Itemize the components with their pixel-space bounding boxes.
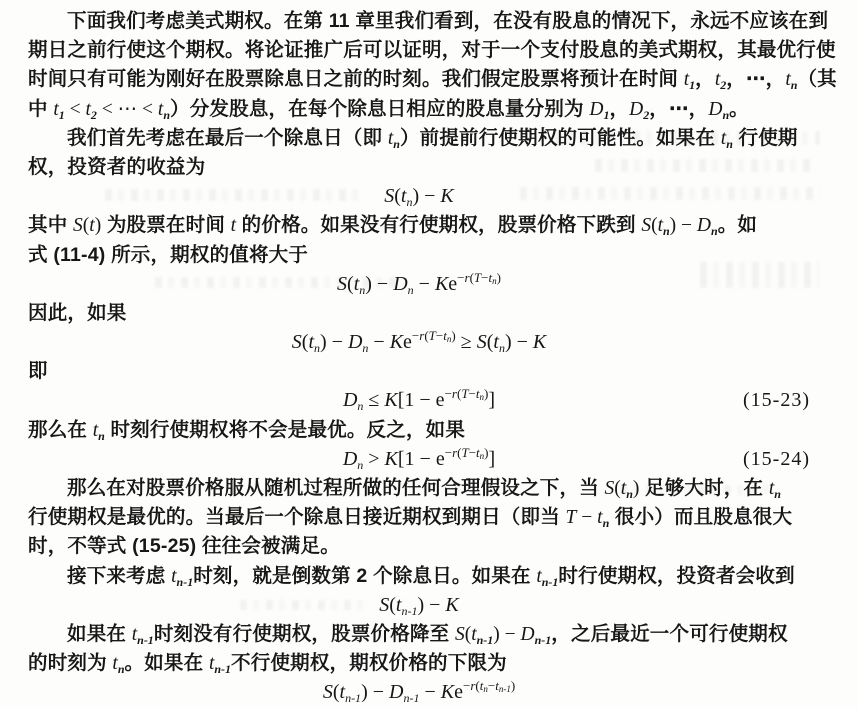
math-operator: ( [333, 681, 340, 703]
text-line: 即 [0, 357, 858, 386]
math-operator: > [363, 448, 384, 470]
math-operator: ) − [505, 331, 533, 353]
text-run: 时刻，就是倒数第 2 个除息日。如果在 [193, 565, 536, 587]
formula-line: S(tn-1) − K [0, 591, 848, 620]
text-run: （其 [797, 68, 836, 90]
math-variable: D [389, 681, 403, 703]
text-run: ，⋯， [726, 68, 785, 90]
math-variable: S [455, 624, 465, 645]
math-variable: K [440, 185, 453, 207]
text-run: ，之后最近一个可行使期权 [551, 623, 787, 645]
math-subscript: n-1 [345, 691, 361, 705]
math-subscript: n-1 [137, 633, 154, 647]
math-variable: S [337, 273, 347, 295]
text-run: 其中 [28, 214, 73, 236]
math-operator: [1 − e [398, 389, 445, 411]
math-operator: − [469, 445, 476, 460]
text-line: 下面我们考虑美式期权。在第 11 章里我们看到，在没有股息的情况下，永远不应该在… [0, 7, 858, 36]
math-variable: K [390, 331, 403, 353]
text-line: 我们首先考虑在最后一个除息日（即 tn）前提前行使期权的可能性。如果在 tn 行… [0, 124, 858, 153]
math-subscript: n-1 [499, 684, 511, 694]
text-line: 如果在 tn-1时刻没有行使期权，股票价格降至 S(tn-1) − Dn-1，之… [0, 620, 858, 649]
math-operator: − [419, 681, 440, 703]
math-variable: S [323, 681, 333, 703]
math-subscript: n [726, 137, 733, 151]
text-line: 时间只有可能为刚好在股票除息日之前的时刻。我们假定股票将预计在时间 t1，t2，… [0, 65, 858, 94]
math-operator: [1 − e [398, 448, 445, 470]
math-operator: ) − [493, 624, 520, 645]
text-run: 接下来考虑 [67, 565, 171, 587]
math-subscript: n [393, 137, 400, 151]
text-line: 权，投资者的收益为 [0, 153, 858, 182]
math-variable: D [393, 273, 407, 295]
scanned-page: 下面我们考虑美式期权。在第 11 章里我们看到，在没有股息的情况下，永远不应该在… [0, 0, 858, 709]
text-run: 时刻行使期权将不会是最优。反之，如果 [105, 419, 465, 441]
text-line: 接下来考虑 tn-1时刻，就是倒数第 2 个除息日。如果在 tn-1时行使期权，… [0, 562, 858, 591]
math-operator: ] [488, 389, 495, 411]
text-run: 式 (11-4) 所示，期权的值将大于 [28, 244, 308, 266]
formula-line: Dn > K[1 − e−r(T−tn)](15-24) [0, 445, 848, 474]
math-variable: K [385, 448, 398, 470]
text-run: 时，不等式 (15-25) 往往会被满足。 [28, 535, 340, 557]
math-variable: D [708, 99, 722, 120]
math-variable: D [629, 99, 643, 120]
math-operator: ( [389, 594, 396, 616]
equation-number: (15-23) [743, 386, 810, 415]
math-subscript: n-1 [535, 633, 552, 647]
math-variable: K [533, 331, 546, 353]
formula-line: S(tn) − Dn − Ke−r(T−tn) [0, 270, 848, 299]
math-operator: − [469, 386, 476, 401]
text-run: 下面我们考虑美式期权。在第 11 章里我们看到，在没有股息的情况下，永远不应该在… [67, 10, 828, 32]
math-exponent: −r(T−tn) [445, 386, 489, 401]
formula-line: Dn ≤ K[1 − e−r(T−tn)](15-23) [0, 386, 848, 415]
math-operator: < ⋯ < [97, 99, 158, 120]
text-run: 因此，如果 [28, 302, 127, 324]
math-variable: T [461, 386, 468, 401]
text-run: 。 [729, 98, 749, 120]
math-exponent: −r(T−tn) [445, 445, 489, 460]
math-operator: ) − [365, 273, 393, 295]
math-subscript: n-1 [214, 662, 231, 676]
math-subscript: n [663, 224, 670, 238]
math-subscript: n-1 [177, 575, 194, 589]
math-variable: S [292, 331, 302, 353]
math-variable: D [343, 389, 357, 411]
formula-line: S(tn) − K [0, 182, 848, 211]
text-run: ， [609, 98, 629, 120]
text-run: ，⋯， [649, 98, 708, 120]
math-operator: ) − [417, 594, 445, 616]
math-operator: ] [489, 448, 496, 470]
text-run: 为股票在时间 [101, 214, 230, 236]
math-operator: ) [511, 678, 515, 693]
math-variable: S [73, 215, 83, 236]
math-variable: K [435, 273, 448, 295]
text-run: 很小）而且股息很大 [609, 506, 792, 528]
math-variable: S [384, 185, 394, 207]
text-line: 中 t1 < t2 < ⋯ < tn）分发股息，在每个除息日相应的股息量分别为 … [0, 95, 858, 124]
equation-number: (15-24) [743, 445, 810, 474]
math-variable: K [384, 389, 397, 411]
math-exponent: −r(T−tn) [457, 270, 501, 285]
text-run: 时间只有可能为刚好在股票除息日之前的时刻。我们假定股票将预计在时间 [28, 68, 684, 90]
math-variable: D [343, 448, 357, 470]
math-subscript: n-1 [542, 575, 559, 589]
math-variable: T [461, 445, 468, 460]
formula-line: S(tn) − Dn − Ke−r(T−tn) ≥ S(tn) − K [0, 328, 848, 357]
math-variable: S [477, 331, 487, 353]
text-run: 。如果在 [125, 652, 209, 674]
text-run: 的价格。如果没有行使期权，股票价格下跌到 [236, 214, 641, 236]
math-operator: e [448, 273, 457, 295]
text-run: 不行使期权，期权价格的下限为 [231, 652, 507, 674]
math-subscript: n [118, 662, 125, 676]
text-run: 如果在 [67, 623, 132, 645]
text-line: 那么在对股票价格服从随机过程所做的任何合理假设之下，当 S(tn) 足够大时，在… [0, 474, 858, 503]
math-variable: K [441, 681, 454, 703]
text-run: 时行使期权，投资者会收到 [558, 565, 794, 587]
math-subscript: n-1 [477, 633, 494, 647]
math-operator: − [481, 270, 488, 285]
text-run: 行使期 [733, 127, 798, 149]
text-run: ）前提前行使期权的可能性。如果在 [400, 127, 721, 149]
math-subscript: n [626, 487, 633, 501]
text-line: 式 (11-4) 所示，期权的值将大于 [0, 241, 858, 270]
text-run: 那么在对股票价格服从随机过程所做的任何合理假设之下，当 [67, 477, 605, 499]
text-line: 那么在 tn 时刻行使期权将不会是最优。反之，如果 [0, 416, 858, 445]
math-variable: S [379, 594, 389, 616]
math-operator: ( [347, 273, 354, 295]
math-subscript: n-1 [401, 604, 417, 618]
math-variable: D [697, 215, 711, 236]
text-run: ， [695, 68, 715, 90]
text-run: 。如 [718, 214, 757, 236]
math-operator: ) [497, 270, 501, 285]
math-operator: ) − [412, 185, 440, 207]
text-line: 期日之前行使这个期权。将论证推广后可以证明，对于一个支付股息的美式期权，其最优行… [0, 36, 858, 65]
math-operator: ≥ [456, 331, 477, 353]
math-variable: K [445, 594, 458, 616]
text-line: 时，不等式 (15-25) 往往会被满足。 [0, 532, 858, 561]
text-run: 即 [28, 360, 48, 382]
text-run: 的时刻为 [28, 652, 112, 674]
text-run: 行使期权是最优的。当最后一个除息日接近期权到期日（即当 [28, 506, 566, 528]
math-subscript: n [774, 487, 781, 501]
math-subscript: n-1 [403, 691, 419, 705]
formula-line: S(tn-1) − Dn-1 − Ke−r(tn−tn-1) [0, 678, 848, 707]
math-exponent: −r(tn−tn-1) [463, 678, 515, 693]
text-run: 权，投资者的收益为 [28, 156, 205, 178]
text-line: 因此，如果 [0, 299, 858, 328]
math-variable: S [641, 215, 651, 236]
text-line: 行使期权是最优的。当最后一个除息日接近期权到期日（即当 T − tn 很小）而且… [0, 503, 858, 532]
math-variable: S [605, 478, 615, 499]
math-variable: D [589, 99, 603, 120]
math-operator: − [576, 507, 597, 528]
math-exponent: −r(T−tn) [412, 328, 456, 343]
text-run: 期日之前行使这个期权。将论证推广后可以证明，对于一个支付股息的美式期权，其最优行… [28, 39, 836, 61]
math-variable: T [429, 328, 436, 343]
math-operator: − [414, 273, 435, 295]
math-operator: e [454, 681, 463, 703]
math-operator: ) − [670, 215, 697, 236]
text-run: 足够大时，在 [639, 477, 768, 499]
math-operator: ≤ [363, 389, 384, 411]
text-line: 其中 S(t) 为股票在时间 t 的价格。如果没有行使期权，股票价格下跌到 S(… [0, 211, 858, 240]
math-operator: − [445, 445, 452, 460]
math-operator: − [368, 331, 389, 353]
math-operator: − [445, 386, 452, 401]
math-operator: < [65, 99, 86, 120]
math-subscript: n [98, 429, 105, 443]
math-variable: T [566, 507, 577, 528]
text-run: 那么在 [28, 419, 93, 441]
math-operator: − [457, 270, 464, 285]
math-operator: ( [394, 185, 401, 207]
text-run: 中 [28, 98, 53, 120]
text-run: ）分发股息，在每个除息日相应的股息量分别为 [170, 98, 589, 120]
text-line: 的时刻为 tn。如果在 tn-1不行使期权，期权价格的下限为 [0, 649, 858, 678]
math-operator: ) − [361, 681, 389, 703]
math-operator: ) − [320, 331, 348, 353]
math-operator: e [403, 331, 412, 353]
text-run: 我们首先考虑在最后一个除息日（即 [67, 127, 388, 149]
math-variable: D [521, 624, 535, 645]
math-subscript: n [711, 224, 718, 238]
text-run: 时刻没有行使期权，股票价格降至 [154, 623, 455, 645]
text-body: 下面我们考虑美式期权。在第 11 章里我们看到，在没有股息的情况下，永远不应该在… [0, 7, 858, 708]
math-variable: D [348, 331, 362, 353]
